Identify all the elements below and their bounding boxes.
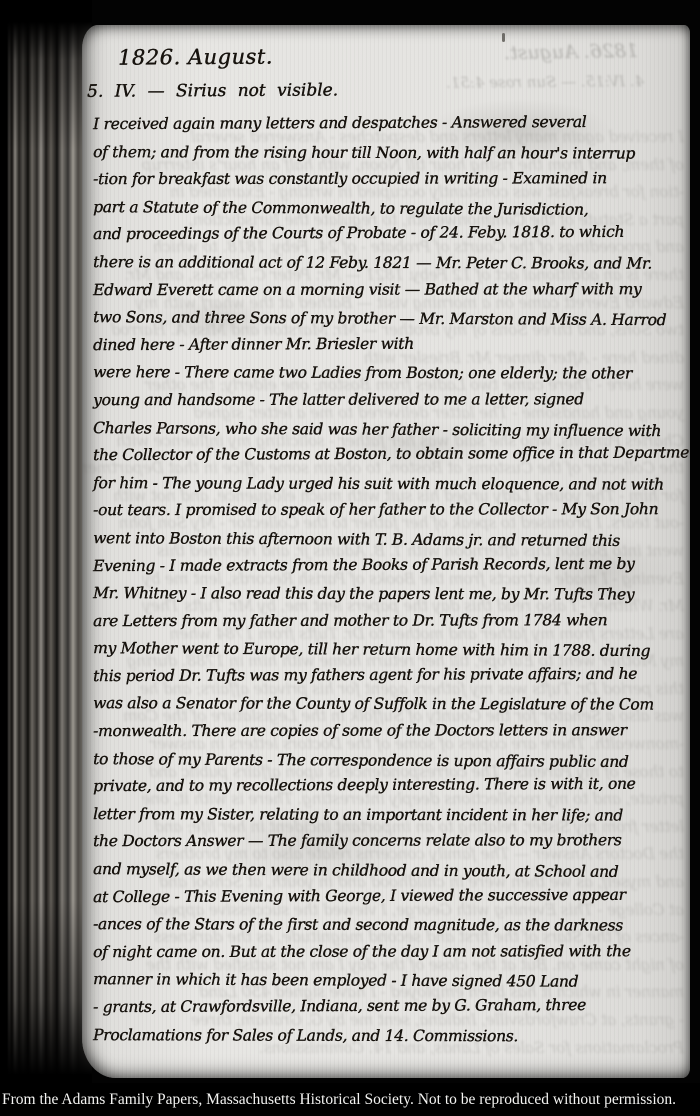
manuscript-line: at College - This Evening with George, I… [93, 881, 684, 911]
manuscript-body: I received again many letters and despat… [93, 111, 684, 1049]
manuscript-line: the Doctors Answer — The family concerns… [93, 827, 684, 856]
copyright-caption: From the Adams Family Papers, Massachuse… [0, 1083, 700, 1116]
manuscript-line: for him - The young Lady urged his suit … [93, 470, 684, 499]
manuscript-line: there is an additional act of 12 Feby. 1… [93, 249, 684, 278]
bleedthrough-header-entry: 4. IV:15. — Sun rose 4:51. [446, 72, 644, 92]
manuscript-line: -out tears. I promised to speak of her f… [93, 496, 684, 525]
manuscript-line: of night came on. But at the close of th… [93, 938, 684, 967]
manuscript-line: was also a Senator for the County of Suf… [93, 690, 684, 719]
manuscript-line: young and handsome - The latter delivere… [93, 386, 684, 415]
manuscript-line: Evening - I made extracts from the Books… [93, 550, 684, 580]
manuscript-line: Edward Everett came on a morning visit —… [93, 276, 684, 305]
manuscript-line: this period Dr. Tufts was my fathers age… [93, 660, 684, 690]
copyright-caption-text: From the Adams Family Papers, Massachuse… [2, 1091, 676, 1109]
ink-speck [502, 33, 505, 42]
manuscript-line: were here - There came two Ladies from B… [93, 359, 684, 388]
manuscript-photo: 1826. August. 4. IV:15. — Sun rose 4:51.… [0, 0, 700, 1116]
manuscript-line: and proceedings of the Courts of Probate… [93, 219, 684, 249]
manuscript-line: - grants, at Crawfordsville, Indiana, se… [93, 991, 684, 1021]
manuscript-line: Mr. Whitney - I also read this day the p… [93, 580, 684, 609]
manuscript-line: -monwealth. There are copies of some of … [93, 717, 684, 746]
manuscript-line: the Collector of the Customs at Boston, … [93, 440, 684, 470]
manuscript-line: letter from my Sister, relating to an im… [93, 801, 684, 830]
manuscript-line: dined here - After dinner Mr. Briesler w… [93, 329, 684, 359]
bleedthrough-header-date: 1826. August. [504, 40, 639, 64]
manuscript-line: I received again many letters and despat… [93, 108, 684, 138]
manuscript-line: -tion for breakfast was constantly occup… [93, 165, 684, 194]
manuscript-line: of them; and from the rising hour till N… [93, 139, 684, 168]
manuscript-line: private, and to my recollections deeply … [93, 771, 684, 801]
entry-date-heading: 1826. August. [118, 44, 273, 69]
entry-day-line: 5. IV. — Sirius not visible. [87, 80, 338, 101]
manuscript-page: 1826. August. 4. IV:15. — Sun rose 4:51.… [82, 25, 690, 1078]
manuscript-line: Proclamations for Sales of Lands, and 14… [93, 1022, 684, 1051]
manuscript-line: are Letters from my father and mother to… [93, 607, 684, 636]
manuscript-line: -ances of the Stars of the first and sec… [93, 911, 684, 940]
book-spine-page-edges [0, 0, 92, 1084]
